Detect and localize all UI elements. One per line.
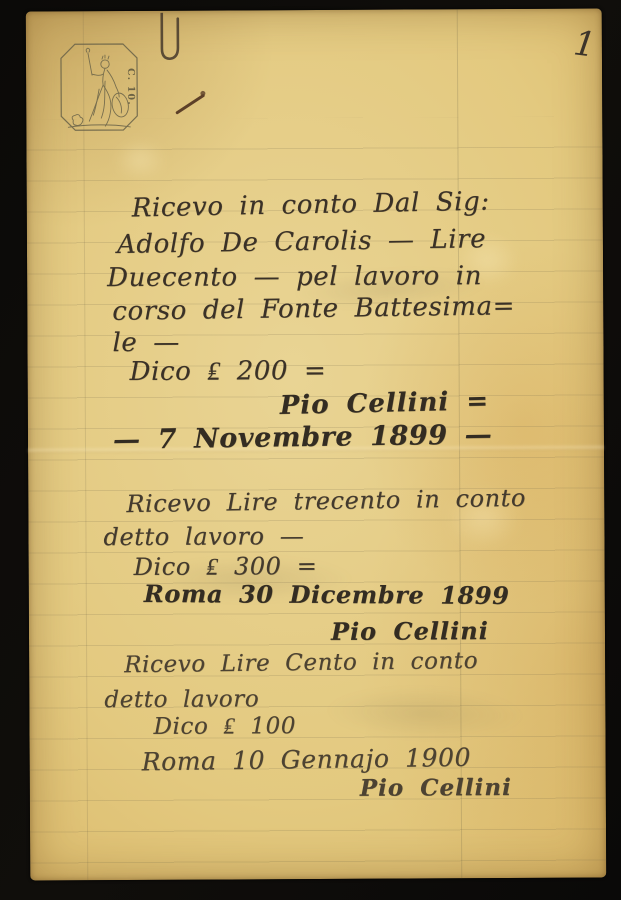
paper-sheet: C. 10. 1 Ricevo in conto Dal Sig: Adolfo… <box>26 8 607 880</box>
handwritten-date-2: Roma 30 Dicembre 1899 <box>144 579 510 610</box>
handwritten-line-14: Ricevo Lire Cento in conto <box>124 648 478 678</box>
handwritten-line-6: Dico ₤ 200 = <box>130 356 327 387</box>
handwritten-line-16: Dico ₤ 100 <box>153 713 296 740</box>
handwritten-line-11: Dico ₤ 300 = <box>134 552 318 582</box>
handwritten-line-2: Adolfo De Carolis — Lire <box>117 224 487 260</box>
revenue-stamp-icon: C. 10. <box>58 41 140 133</box>
handwritten-line-15: detto lavoro <box>104 686 259 713</box>
handwritten-line-5: le — <box>112 328 180 358</box>
handwritten-line-4: corso del Fonte Battesima= <box>112 291 515 327</box>
signature-pio-cellini-2: Pio Cellini <box>331 616 489 646</box>
scanned-document-page: C. 10. 1 Ricevo in conto Dal Sig: Adolfo… <box>0 0 621 900</box>
handwritten-line-10: detto lavoro — <box>103 522 304 551</box>
paper-stain <box>114 139 166 181</box>
handwritten-date-3: Roma 10 Gennajo 1900 <box>141 743 471 777</box>
margin-rule-left <box>83 11 89 880</box>
signature-pio-cellini-1: Pio Cellini = <box>279 386 489 421</box>
handwritten-date-1: — 7 Novembre 1899 — <box>113 419 493 455</box>
handwritten-line-1: Ricevo in conto Dal Sig: <box>131 187 489 224</box>
signature-pio-cellini-3: Pio Cellini <box>360 774 512 802</box>
pen-mark-u <box>156 13 186 65</box>
handwritten-line-3: Duecento — pel lavoro in <box>107 261 482 293</box>
ink-bleed-ghost <box>327 685 523 743</box>
pen-mark-dash <box>175 94 205 115</box>
stamp-denomination: C. 10. <box>125 68 136 106</box>
page-number: 1 <box>571 23 598 66</box>
